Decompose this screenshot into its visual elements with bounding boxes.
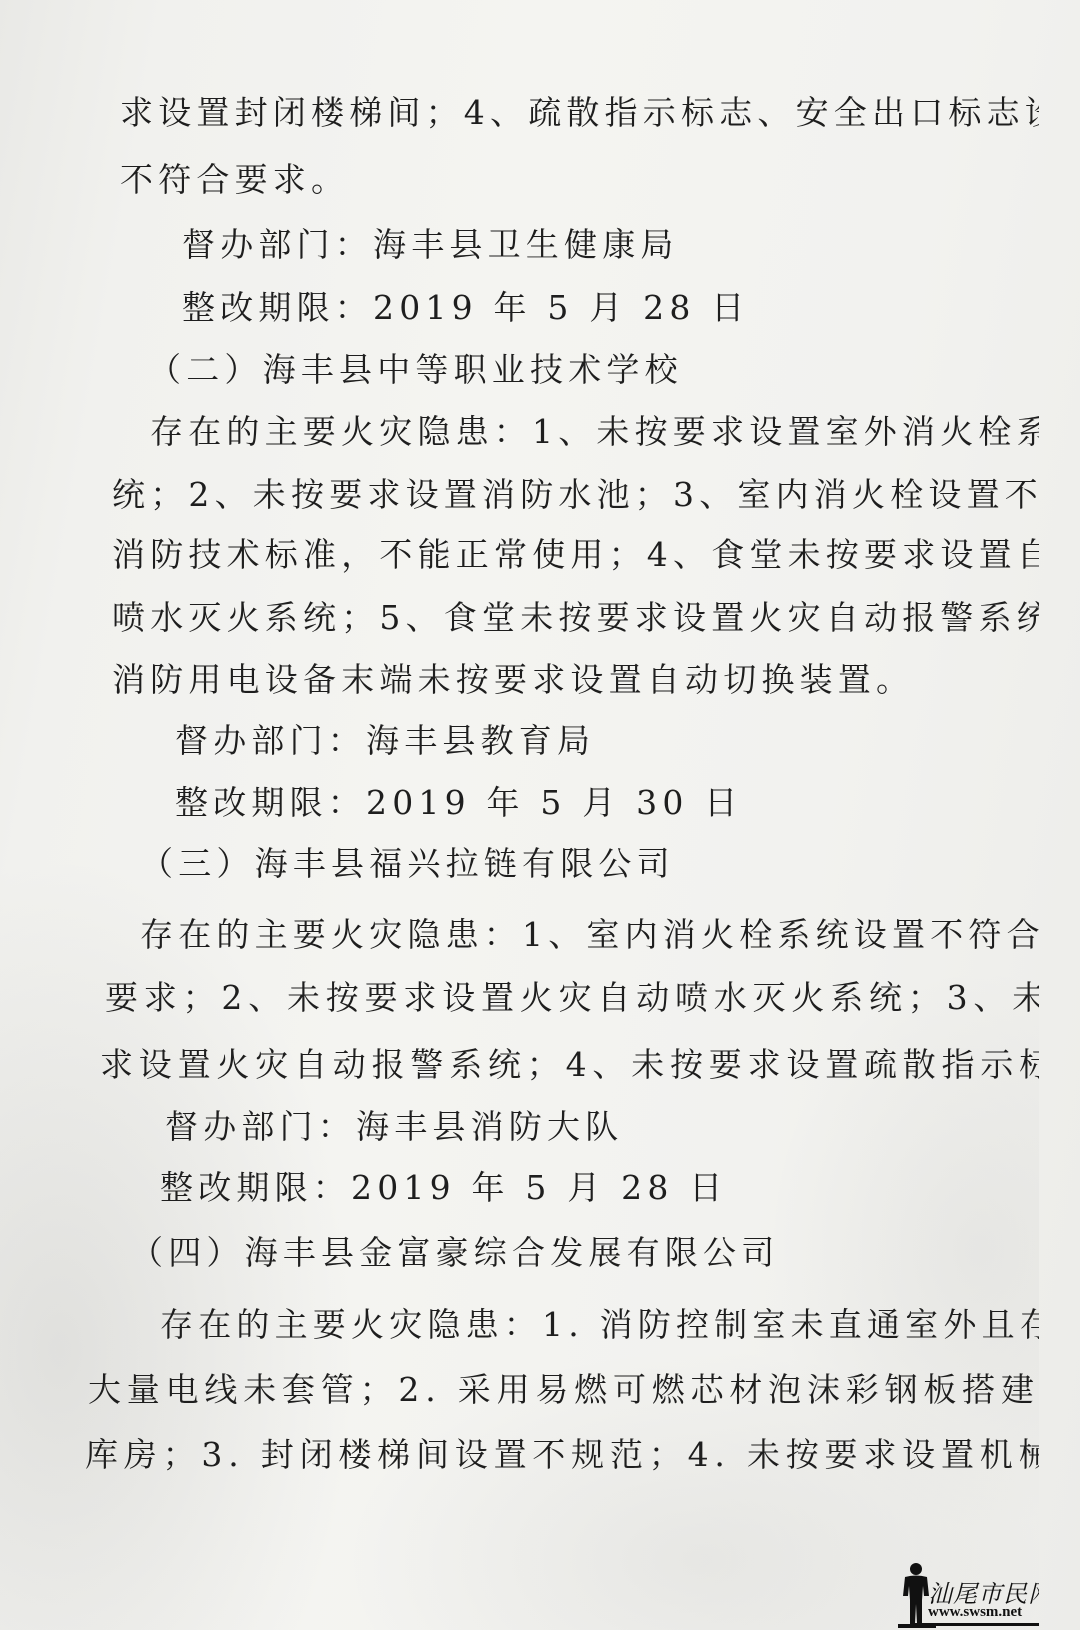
text-line: 存在的主要火灾隐患：1、未按要求设置室外消火栓系	[150, 412, 1039, 452]
text-line: 统；2、未按要求设置消防水池；3、室内消火栓设置不符合	[112, 475, 1039, 515]
section-heading: （三）海丰县福兴拉链有限公司	[140, 844, 675, 884]
text-line: 消防技术标准，不能正常使用；4、食堂未按要求设置自动	[112, 535, 1039, 575]
text-line: 喷水灭火系统；5、食堂未按要求设置火灾自动报警系统；6、	[112, 598, 1039, 638]
watermark-url: www.swsm.net	[928, 1604, 1022, 1621]
deadline-line: 整改期限：2019 年 5 月 28 日	[182, 288, 749, 328]
text-line: 消防用电设备末端未按要求设置自动切换装置。	[112, 660, 914, 700]
section-heading: （二）海丰县中等职业技术学校	[148, 350, 683, 390]
text-line: 要求；2、未按要求设置火灾自动喷水灭火系统；3、未按要	[105, 978, 1039, 1018]
text-line: 不符合要求。	[120, 160, 349, 200]
section-heading: （四）海丰县金富豪综合发展有限公司	[130, 1233, 779, 1273]
supervising-dept-line: 督办部门：海丰县教育局	[175, 721, 595, 761]
site-watermark: 汕尾市民网 www.swsm.net	[874, 1560, 1039, 1630]
watermark-underline	[914, 1623, 1039, 1626]
supervising-dept-line: 督办部门：海丰县消防大队	[165, 1107, 623, 1147]
text-line: 大量电线未套管；2. 采用易燃可燃芯材泡沫彩钢板搭建临时	[88, 1370, 1039, 1410]
text-line: 求设置火灾自动报警系统；4、未按要求设置疏散指示标志。	[100, 1045, 1039, 1085]
supervising-dept-line: 督办部门：海丰县卫生健康局	[182, 225, 679, 265]
deadline-line: 整改期限：2019 年 5 月 28 日	[160, 1168, 727, 1208]
text-line: 库房；3. 封闭楼梯间设置不规范；4. 未按要求设置机械排烟	[85, 1435, 1039, 1475]
text-line: 存在的主要火灾隐患：1. 消防控制室未直通室外且存在	[160, 1305, 1039, 1345]
text-line: 存在的主要火灾隐患：1、室内消火栓系统设置不符合	[140, 915, 1039, 955]
deadline-line: 整改期限：2019 年 5 月 30 日	[175, 783, 742, 823]
text-line: 求设置封闭楼梯间；4、疏散指示标志、安全出口标志设置	[120, 93, 1039, 133]
